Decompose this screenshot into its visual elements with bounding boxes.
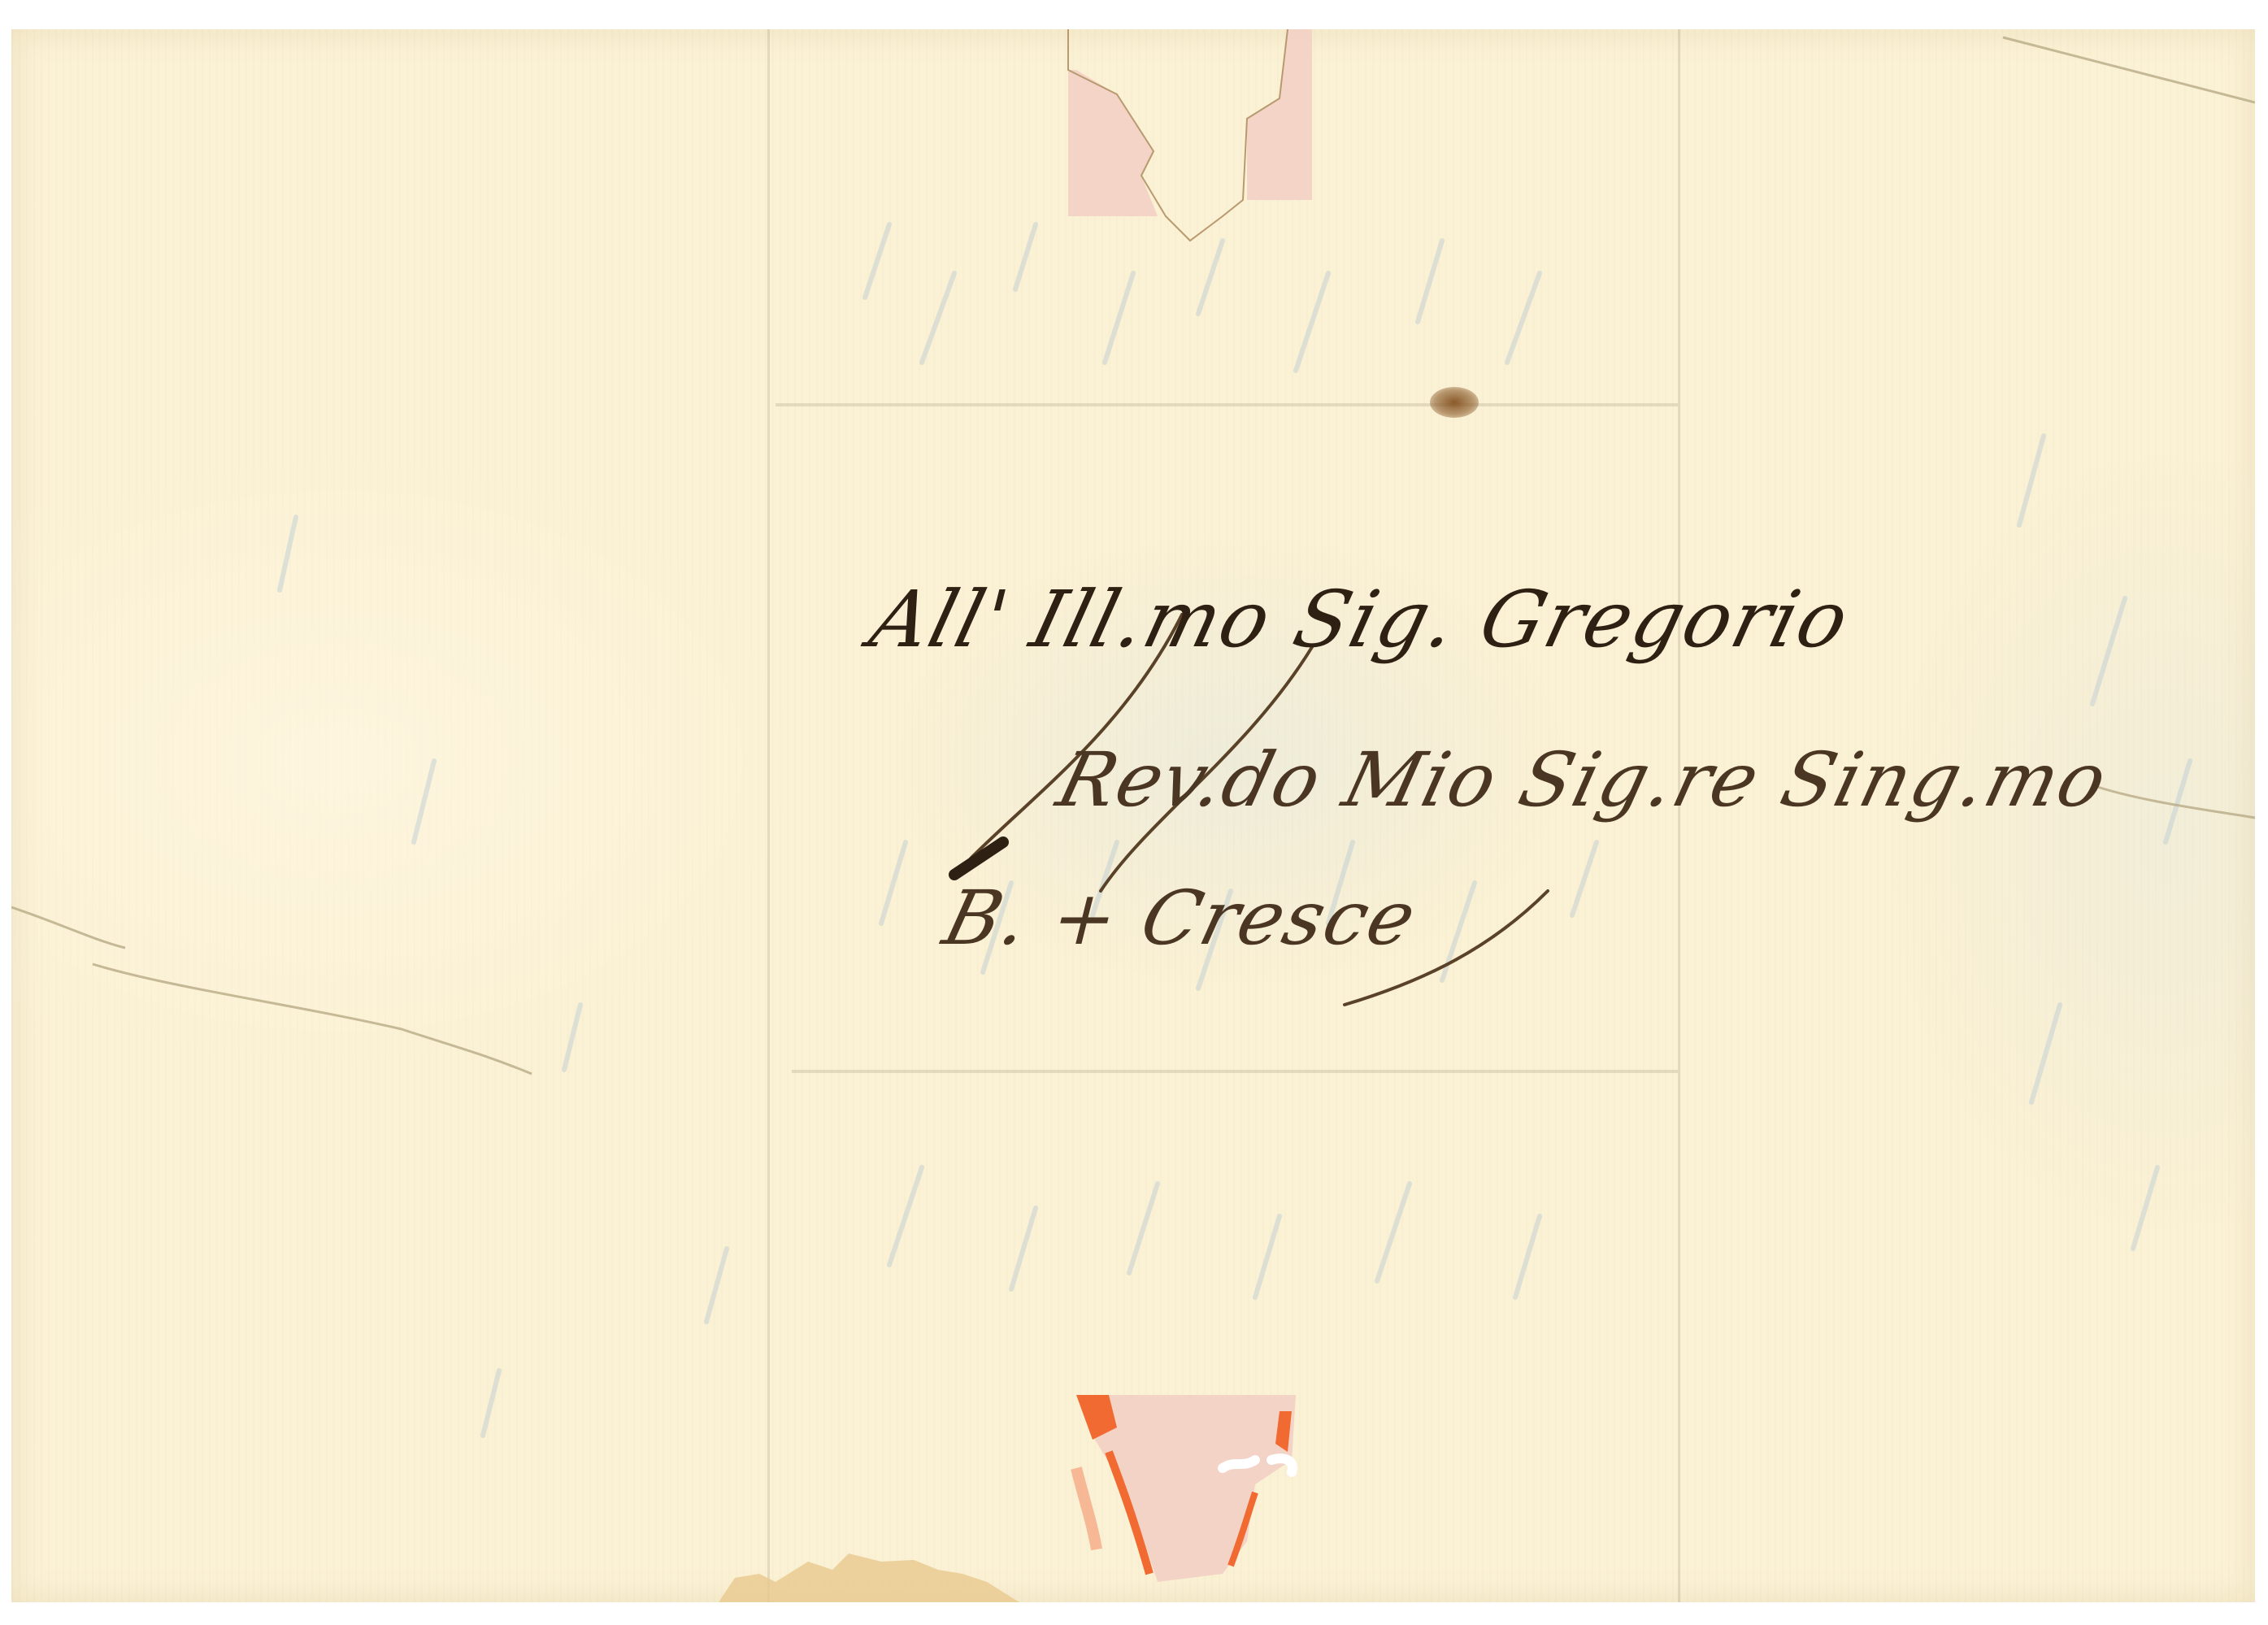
top-seal-remnant xyxy=(1036,13,1377,257)
address-line-2: Rev.do Mio Sig.re Sing.mo xyxy=(1049,736,2117,823)
address-line-3: B. + Cresce xyxy=(936,875,1426,962)
bottom-seal-remnant xyxy=(1060,1379,1328,1590)
address-line-1: All' Ill.mo Sig. Gregorio xyxy=(862,574,1859,665)
water-stain xyxy=(719,1537,1060,1602)
letter-sheet: All' Ill.mo Sig. Gregorio Rev.do Mio Sig… xyxy=(11,29,2255,1602)
fold-crease-left xyxy=(767,29,770,1602)
ink-spot xyxy=(1430,387,1479,418)
fold-crease-lower xyxy=(792,1070,1678,1073)
fold-crease-upper xyxy=(776,403,1678,406)
